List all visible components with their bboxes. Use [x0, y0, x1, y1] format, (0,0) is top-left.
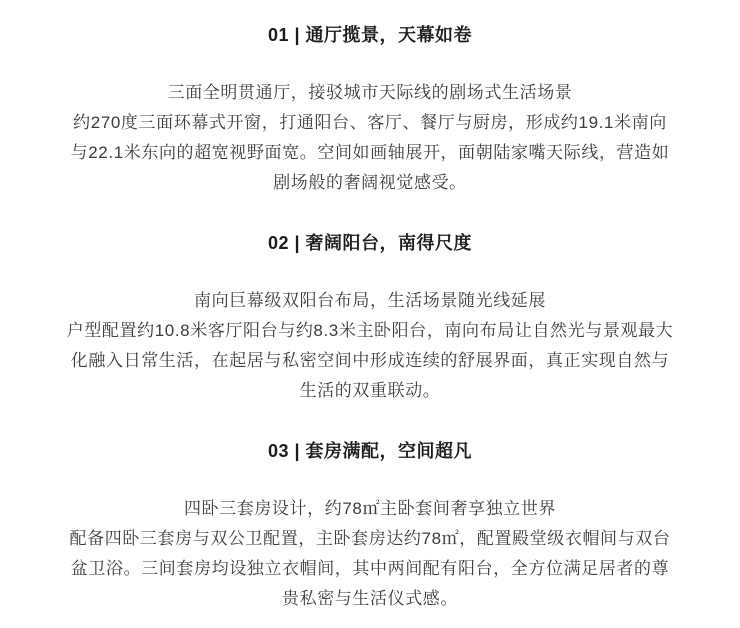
section-title: 03 | 套房满配，空间超凡 [55, 438, 685, 464]
section-subtitle: 南向巨幕级双阳台布局，生活场景随光线延展 [55, 286, 685, 316]
section-title: 01 | 通厅揽景，天幕如卷 [55, 22, 685, 48]
section-body: 配备四卧三套房与双公卫配置，主卧套房达约78㎡，配置殿堂级衣帽间与双台 盆卫浴。… [55, 524, 685, 614]
section-subtitle: 四卧三套房设计，约78㎡主卧套间奢享独立世界 [55, 494, 685, 524]
section-body: 户型配置约10.8米客厅阳台与约8.3米主卧阳台，南向布局让自然光与景观最大 化… [55, 316, 685, 406]
section-01: 01 | 通厅揽景，天幕如卷 三面全明贯通厅，接驳城市天际线的剧场式生活场景 约… [55, 22, 685, 198]
section-title: 02 | 奢阔阳台，南得尺度 [55, 230, 685, 256]
section-03: 03 | 套房满配，空间超凡 四卧三套房设计，约78㎡主卧套间奢享独立世界 配备… [55, 438, 685, 614]
article-content: 01 | 通厅揽景，天幕如卷 三面全明贯通厅，接驳城市天际线的剧场式生活场景 约… [55, 0, 685, 614]
section-02: 02 | 奢阔阳台，南得尺度 南向巨幕级双阳台布局，生活场景随光线延展 户型配置… [55, 230, 685, 406]
section-subtitle: 三面全明贯通厅，接驳城市天际线的剧场式生活场景 [55, 78, 685, 108]
section-body: 约270度三面环幕式开窗，打通阳台、客厅、餐厅与厨房，形成约19.1米南向 与2… [55, 108, 685, 198]
